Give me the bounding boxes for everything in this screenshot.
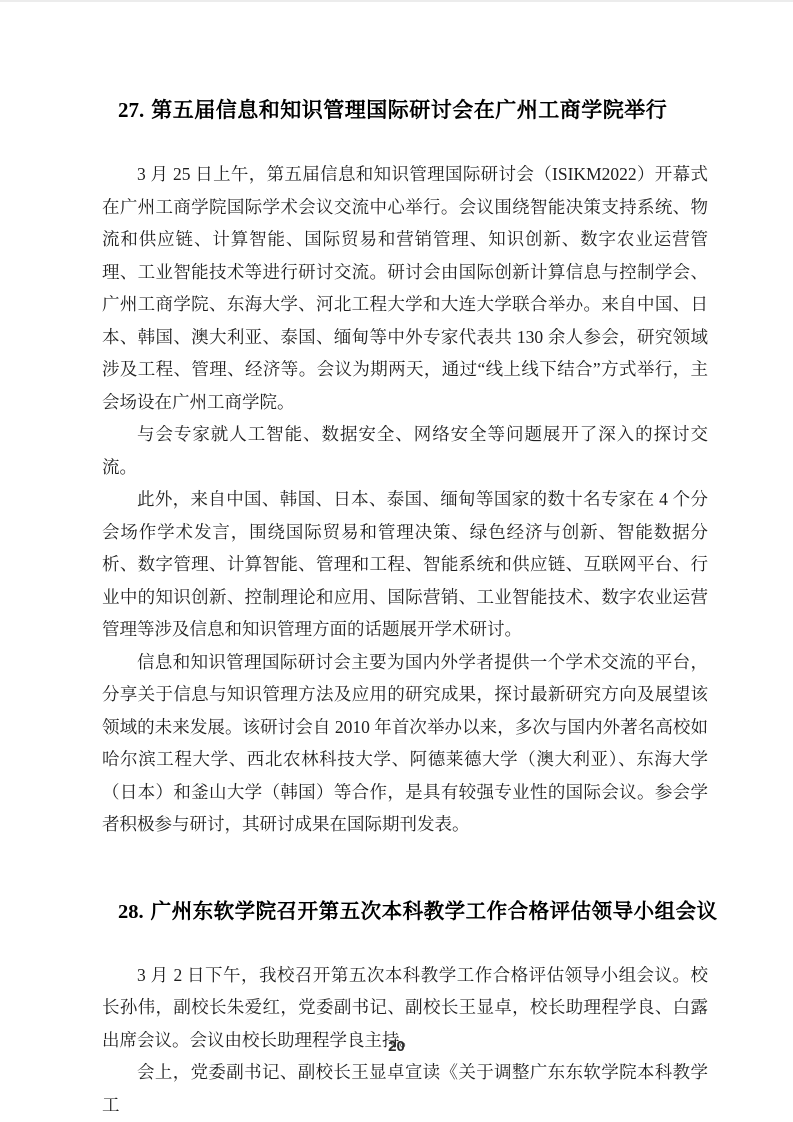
page-content: 27.第五届信息和知识管理国际研讨会在广州工商学院举行 3 月 25 日上午，第… [0, 2, 793, 1121]
paragraph: 3 月 25 日上午，第五届信息和知识管理国际研讨会（ISIKM2022）开幕式… [102, 158, 708, 418]
document-page: 27.第五届信息和知识管理国际研讨会在广州工商学院举行 3 月 25 日上午，第… [0, 0, 793, 1122]
section-28-number: 28. [118, 901, 144, 923]
paragraph: 会上，党委副书记、副校长王显卓宣读《关于调整广东东软学院本科教学工 [102, 1056, 708, 1121]
section-27-number: 27. [118, 98, 144, 122]
section-28-heading: 28.广州东软学院召开第五次本科教学工作合格评估领导小组会议 [118, 897, 708, 927]
paragraph: 此外，来自中国、韩国、日本、泰国、缅甸等国家的数十名专家在 4 个分会场作学术发… [102, 483, 708, 646]
section-27-heading: 27.第五届信息和知识管理国际研讨会在广州工商学院举行 [118, 96, 708, 125]
section-27-body: 3 月 25 日上午，第五届信息和知识管理国际研讨会（ISIKM2022）开幕式… [102, 158, 708, 841]
page-number: 20 [0, 1038, 793, 1055]
paragraph: 与会专家就人工智能、数据安全、网络安全等问题展开了深入的探讨交流。 [102, 418, 708, 483]
section-28-title: 广州东软学院召开第五次本科教学工作合格评估领导小组会议 [151, 900, 718, 923]
paragraph: 信息和知识管理国际研讨会主要为国内外学者提供一个学术交流的平台，分享关于信息与知… [102, 646, 708, 841]
section-27-title: 第五届信息和知识管理国际研讨会在广州工商学院举行 [151, 99, 667, 122]
